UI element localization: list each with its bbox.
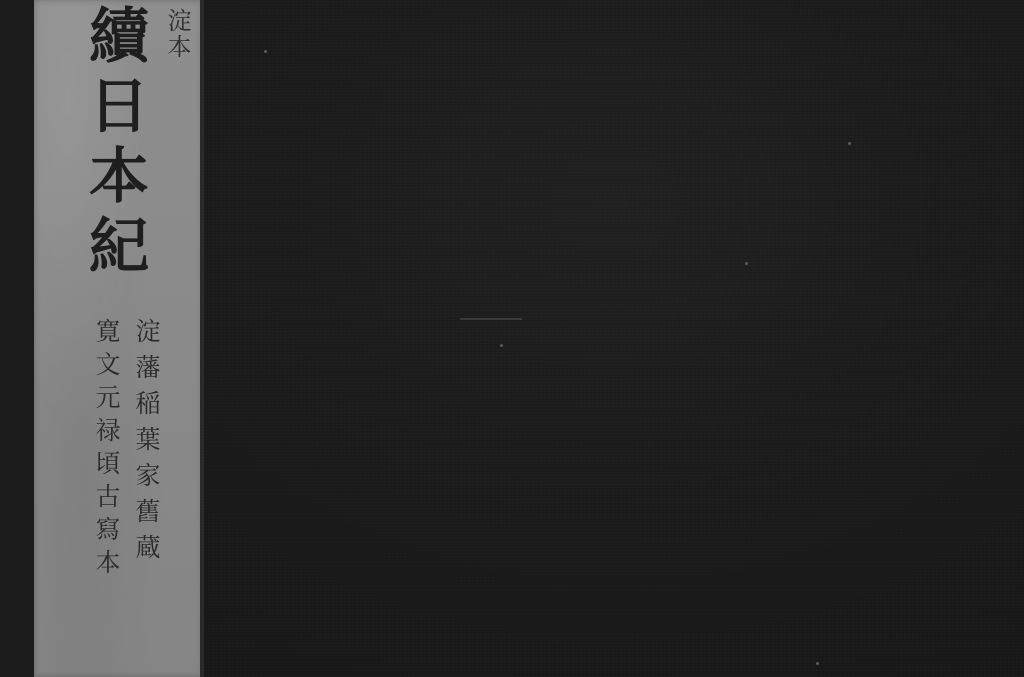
main-title: 續日本紀 bbox=[84, 4, 144, 284]
cloth-speck bbox=[848, 142, 851, 145]
cloth-scratch bbox=[460, 318, 522, 320]
cloth-speck bbox=[264, 50, 267, 53]
edition-annotation: 淀本 bbox=[160, 8, 195, 60]
title-slip-edge bbox=[200, 0, 204, 677]
cover-left-edge bbox=[0, 0, 34, 677]
cloth-speck bbox=[500, 344, 503, 347]
provenance-line: 淀藩稲葉家舊蔵 bbox=[128, 318, 164, 570]
cloth-speck bbox=[745, 262, 748, 265]
date-line: 寛文元禄頃古寫本 bbox=[88, 318, 124, 582]
cloth-speck bbox=[816, 662, 819, 665]
